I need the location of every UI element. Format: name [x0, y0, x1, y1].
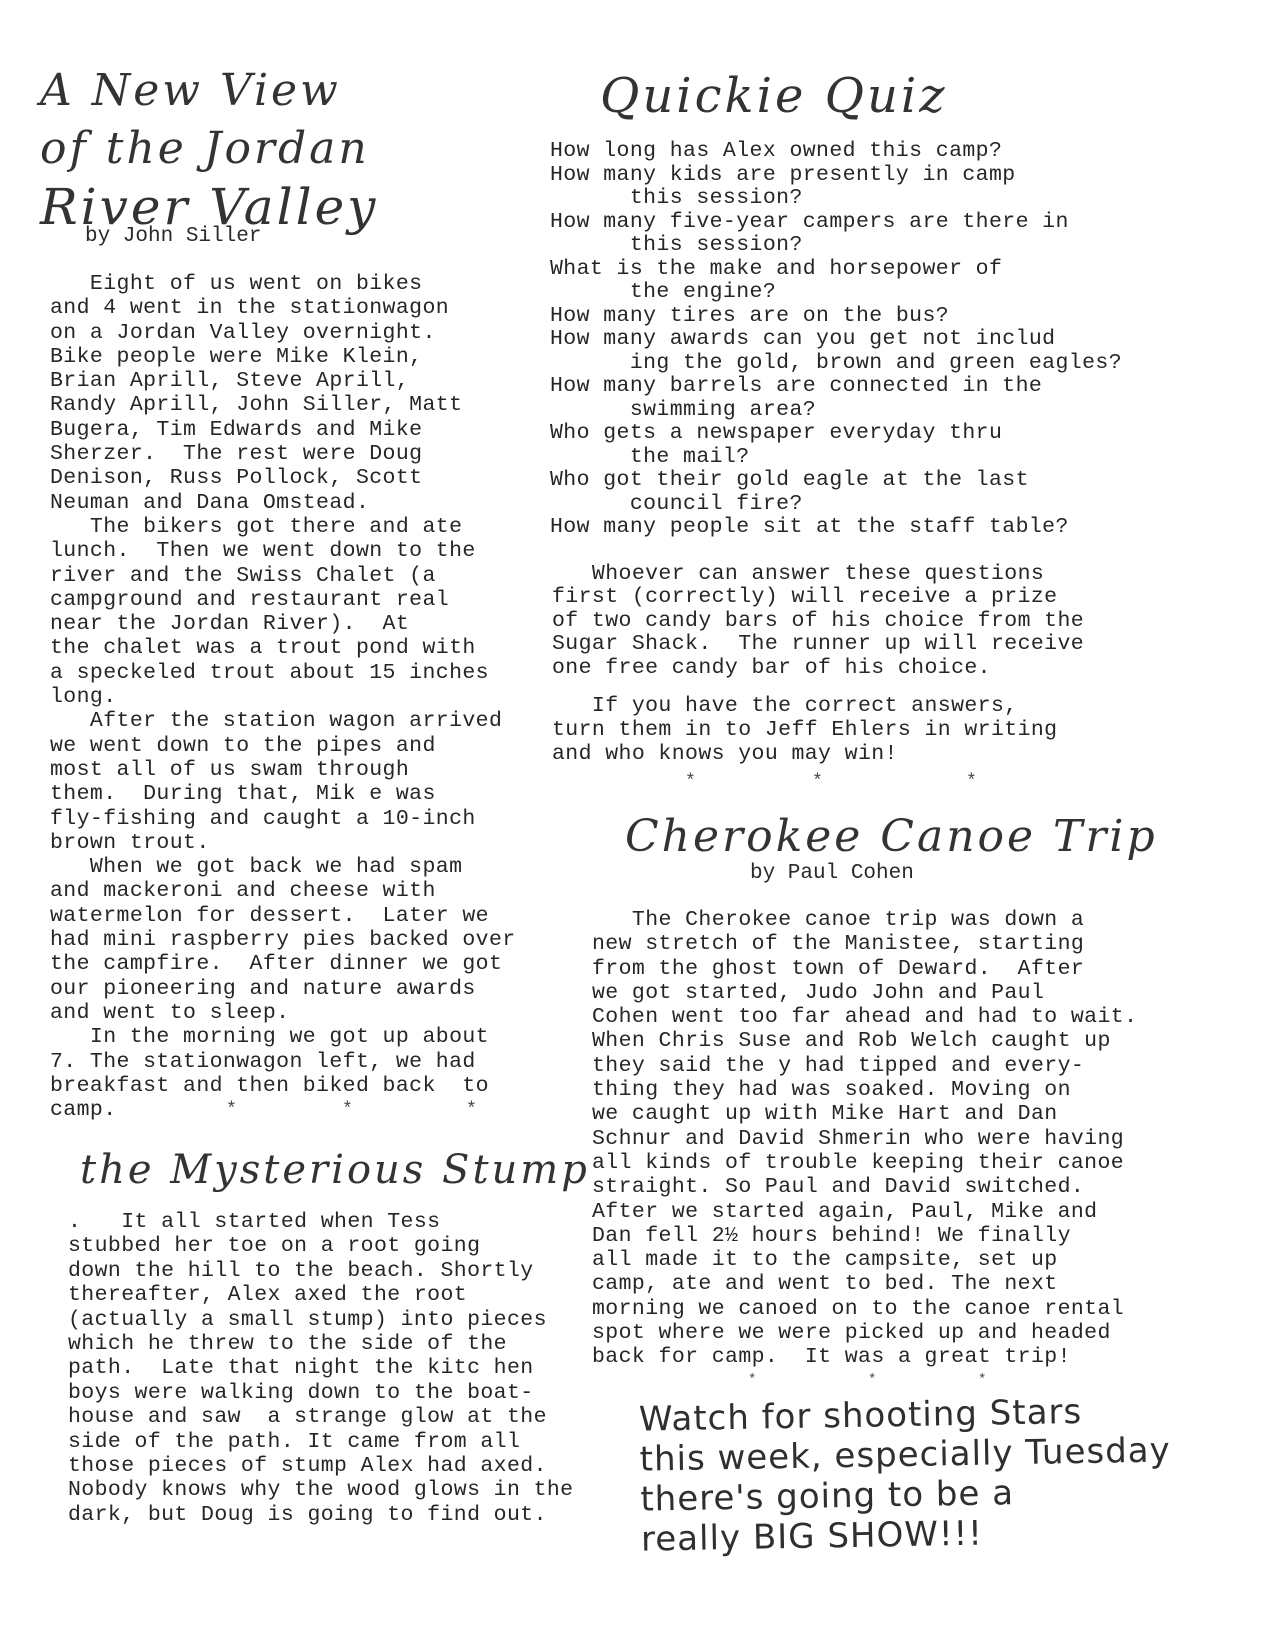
jordan-title: A New View of the Jordan River Valley [40, 62, 378, 236]
text-line: council fire? [550, 493, 1122, 517]
quiz-prize-paragraph: Whoever can answer these questionsfirst … [552, 563, 1084, 680]
text-line: Who gets a newspaper everyday thru [550, 422, 1122, 446]
text-line: Whoever can answer these questions [552, 563, 1084, 586]
text-line: fly-fishing and caught a 10-inch [50, 807, 516, 831]
text-line: thing they had was soaked. Moving on [592, 1078, 1137, 1102]
text-line: Cohen went too far ahead and had to wait… [592, 1005, 1137, 1029]
text-line: How many tires are on the bus? [550, 305, 1122, 329]
text-line: Dan fell 2½ hours behind! We finally [592, 1224, 1137, 1248]
text-line: Nobody knows why the wood glows in the [68, 1478, 573, 1502]
text-line: all kinds of trouble keeping their canoe [592, 1151, 1137, 1175]
text-line: After we started again, Paul, Mike and [592, 1200, 1137, 1224]
text-line: Who got their gold eagle at the last [550, 469, 1122, 493]
text-line: . It all started when Tess [68, 1210, 573, 1234]
text-line: turn them in to Jeff Ehlers in writing [552, 718, 1057, 742]
text-line: we caught up with Mike Hart and Dan [592, 1102, 1137, 1126]
text-line: brown trout. [50, 831, 516, 855]
stump-body: . It all started when Tessstubbed her to… [68, 1210, 573, 1527]
text-line: Randy Aprill, John Siller, Matt [50, 393, 516, 417]
text-line: which he threw to the side of the [68, 1332, 573, 1356]
quiz-submit-paragraph: If you have the correct answers,turn the… [552, 694, 1057, 766]
text-line: the chalet was a trout pond with [50, 636, 516, 660]
text-line: How many awards can you get not includ [550, 328, 1122, 352]
text-line: When Chris Suse and Rob Welch caught up [592, 1029, 1137, 1053]
text-line: we got started, Judo John and Paul [592, 981, 1137, 1005]
text-line: the campfire. After dinner we got [50, 952, 516, 976]
quiz-questions: How long has Alex owned this camp?How ma… [550, 140, 1122, 540]
text-line: If you have the correct answers, [552, 694, 1057, 718]
star-icon: * [748, 1372, 756, 1388]
text-line: and mackeroni and cheese with [50, 879, 516, 903]
text-line: side of the path. It came from all [68, 1430, 573, 1454]
text-line: boys were walking down to the boat- [68, 1381, 573, 1405]
text-line: river and the Swiss Chalet (a [50, 564, 516, 588]
text-line: path. Late that night the kitc hen [68, 1356, 573, 1380]
text-line: breakfast and then biked back to [50, 1074, 516, 1098]
text-line: of two candy bars of his choice from the [552, 610, 1084, 633]
text-line: How many barrels are connected in the [550, 375, 1122, 399]
quiz-title: Quickie Quiz [600, 72, 948, 120]
text-line: the engine? [550, 281, 1122, 305]
text-line: Neuman and Dana Omstead. [50, 491, 516, 515]
text-line: dark, but Doug is going to find out. [68, 1503, 573, 1527]
text-line: most all of us swam through [50, 758, 516, 782]
text-line: ing the gold, brown and green eagles? [550, 352, 1122, 376]
star-icon: * [868, 1372, 876, 1388]
star-icon: * [966, 772, 977, 792]
text-line: Denison, Russ Pollock, Scott [50, 466, 516, 490]
text-line: and went to sleep. [50, 1001, 516, 1025]
star-icon: * [978, 1372, 986, 1388]
text-line: Eight of us went on bikes [50, 272, 516, 296]
text-line: we went down to the pipes and [50, 734, 516, 758]
text-line: back for camp. It was a great trip! [592, 1345, 1137, 1369]
jordan-title-line-1: A New View [40, 62, 378, 120]
text-line: The bikers got there and ate [50, 515, 516, 539]
canoe-body: The Cherokee canoe trip was down anew st… [592, 908, 1137, 1370]
text-line: this session? [550, 234, 1122, 258]
text-line: watermelon for dessert. Later we [50, 904, 516, 928]
text-line: Brian Aprill, Steve Aprill, [50, 369, 516, 393]
text-line: spot where we were picked up and headed [592, 1321, 1137, 1345]
text-line: lunch. Then we went down to the [50, 539, 516, 563]
stump-title: the Mysterious Stump [80, 1150, 590, 1190]
text-line: them. During that, Mik e was [50, 782, 516, 806]
text-line: stubbed her toe on a root going [68, 1234, 573, 1258]
text-line: morning we canoed on to the canoe rental [592, 1297, 1137, 1321]
note-line-4: really BIG SHOW!!! [641, 1510, 1173, 1559]
text-line: After the station wagon arrived [50, 709, 516, 733]
canoe-title: Cherokee Canoe Trip [625, 815, 1158, 859]
star-icon: * [226, 1100, 237, 1120]
text-line: the mail? [550, 446, 1122, 470]
text-line: Sherzer. The rest were Doug [50, 442, 516, 466]
star-icon: * [812, 772, 823, 792]
text-line: a speckeled trout about 15 inches [50, 661, 516, 685]
text-line: What is the make and horsepower of [550, 258, 1122, 282]
text-line: this session? [550, 187, 1122, 211]
text-line: down the hill to the beach. Shortly [68, 1259, 573, 1283]
text-line: When we got back we had spam [50, 855, 516, 879]
text-line: near the Jordan River). At [50, 612, 516, 636]
jordan-byline: by John Siller [85, 225, 261, 248]
text-line: How many people sit at the staff table? [550, 516, 1122, 540]
text-line: thereafter, Alex axed the root [68, 1283, 573, 1307]
text-line: straight. So Paul and David switched. [592, 1175, 1137, 1199]
text-line: our pioneering and nature awards [50, 977, 516, 1001]
text-line: campground and restaurant real [50, 588, 516, 612]
text-line: How long has Alex owned this camp? [550, 140, 1122, 164]
text-line: 7. The stationwagon left, we had [50, 1050, 516, 1074]
text-line: had mini raspberry pies backed over [50, 928, 516, 952]
text-line: first (correctly) will receive a prize [552, 586, 1084, 609]
star-icon: * [466, 1100, 477, 1120]
text-line: swimming area? [550, 399, 1122, 423]
star-icon: * [342, 1100, 353, 1120]
text-line: they said the y had tipped and every- [592, 1054, 1137, 1078]
text-line: new stretch of the Manistee, starting [592, 932, 1137, 956]
jordan-title-line-2: of the Jordan [40, 120, 378, 178]
star-icon: * [685, 772, 696, 792]
text-line: one free candy bar of his choice. [552, 657, 1084, 680]
newsletter-page: A New View of the Jordan River Valley by… [0, 0, 1275, 1650]
text-line: from the ghost town of Deward. After [592, 957, 1137, 981]
text-line: Schnur and David Shmerin who were having [592, 1127, 1137, 1151]
text-line: on a Jordan Valley overnight. [50, 321, 516, 345]
text-line: How many kids are presently in camp [550, 164, 1122, 188]
text-line: Sugar Shack. The runner up will receive [552, 633, 1084, 656]
text-line: those pieces of stump Alex had axed. [68, 1454, 573, 1478]
text-line: and who knows you may win! [552, 742, 1057, 766]
text-line: all made it to the campsite, set up [592, 1248, 1137, 1272]
text-line: The Cherokee canoe trip was down a [592, 908, 1137, 932]
jordan-body: Eight of us went on bikesand 4 went in t… [50, 272, 516, 1122]
text-line: Bugera, Tim Edwards and Mike [50, 418, 516, 442]
text-line: (actually a small stump) into pieces [68, 1308, 573, 1332]
text-line: camp. [50, 1098, 516, 1122]
text-line: How many five-year campers are there in [550, 211, 1122, 235]
text-line: and 4 went in the stationwagon [50, 296, 516, 320]
text-line: Bike people were Mike Klein, [50, 345, 516, 369]
text-line: In the morning we got up about [50, 1025, 516, 1049]
canoe-byline: by Paul Cohen [750, 862, 914, 885]
text-line: camp, ate and went to bed. The next [592, 1272, 1137, 1296]
text-line: house and saw a strange glow at the [68, 1405, 573, 1429]
text-line: long. [50, 685, 516, 709]
shooting-stars-note: Watch for shooting Stars this week, espe… [639, 1390, 1173, 1559]
